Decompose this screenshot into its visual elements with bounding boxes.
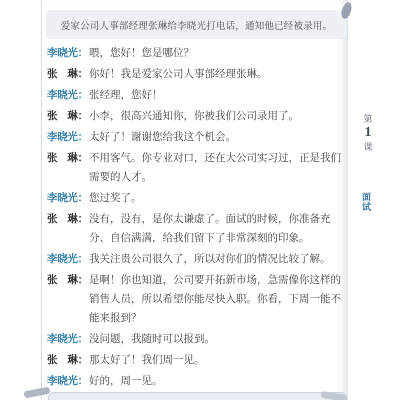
utterance-text: 我关注贵公司很久了，所以对你们的情况比较了解。 bbox=[89, 250, 344, 269]
speaker-name: 李晓光： bbox=[47, 128, 89, 147]
dialogue-line: 李晓光： 我关注贵公司很久了，所以对你们的情况比较了解。 bbox=[47, 250, 348, 269]
dialogue-line: 张 琳： 那太好了！我们周一见。 bbox=[47, 351, 348, 370]
dialogue-line: 张 琳： 小李，很高兴通知你，你被我们公司录用了。 bbox=[47, 107, 348, 126]
lesson-label: 第 1 课 bbox=[356, 112, 380, 153]
utterance-text: 那太好了！我们周一见。 bbox=[89, 351, 344, 370]
speaker-name: 李晓光： bbox=[47, 372, 89, 391]
utterance-text: 喂，您好！您是哪位？ bbox=[89, 44, 344, 63]
utterance-text: 张经理，您好！ bbox=[89, 86, 344, 105]
utterance-text: 不用客气。你专业对口，还在大公司实习过，正是我们需要的人才。 bbox=[89, 149, 344, 187]
speaker-name: 李晓光： bbox=[47, 250, 89, 269]
speaker-name: 张 琳： bbox=[47, 149, 89, 168]
utterance-text: 您过奖了。 bbox=[89, 189, 344, 208]
utterance-text: 太好了！谢谢您给我这个机会。 bbox=[89, 128, 344, 147]
utterance-text: 你好！我是爱家公司人事部经理张琳。 bbox=[89, 65, 344, 84]
dialogue-line: 张 琳： 你好！我是爱家公司人事部经理张琳。 bbox=[47, 65, 348, 84]
speaker-name: 李晓光： bbox=[47, 330, 89, 349]
textbook-page: 爱家公司人事部经理张琳给李晓光打电话，通知他已经被录用。 李晓光： 喂，您好！您… bbox=[0, 0, 400, 400]
speaker-name: 李晓光： bbox=[47, 86, 89, 105]
speaker-name: 李晓光： bbox=[47, 44, 89, 63]
dialogue-line: 李晓光： 好的，周一见。 bbox=[47, 372, 348, 391]
utterance-text: 小李，很高兴通知你，你被我们公司录用了。 bbox=[89, 107, 344, 126]
speaker-name: 张 琳： bbox=[47, 271, 89, 290]
dialogue-line: 张 琳： 没有，没有，是你太谦虚了。面试的时候，你准备充分、自信满满，给我们留下… bbox=[47, 210, 348, 248]
section-title: 面试 bbox=[360, 192, 373, 212]
lesson-prefix: 第 bbox=[363, 112, 372, 125]
dialogue-line: 李晓光： 没问题，我随时可以报到。 bbox=[47, 330, 348, 349]
lesson-suffix: 课 bbox=[363, 140, 372, 153]
dialogue-line: 张 琳： 是啊！你也知道，公司要开拓新市场，急需像你这样的销售人员，所以希望你能… bbox=[47, 271, 348, 328]
next-section-box bbox=[48, 392, 347, 400]
speaker-name: 张 琳： bbox=[47, 351, 89, 370]
speaker-name: 张 琳： bbox=[47, 210, 89, 229]
speaker-name: 张 琳： bbox=[47, 65, 89, 84]
utterance-text: 没有，没有，是你太谦虚了。面试的时候，你准备充分、自信满满，给我们留下了非常深刻… bbox=[89, 210, 344, 248]
page-number-badge: 7 bbox=[360, 164, 378, 176]
speaker-name: 李晓光： bbox=[47, 189, 89, 208]
intro-box: 爱家公司人事部经理张琳给李晓光打电话，通知他已经被录用。 bbox=[46, 10, 347, 39]
dialogue-line: 李晓光： 您过奖了。 bbox=[47, 189, 348, 208]
dialogue: 李晓光： 喂，您好！您是哪位？ 张 琳： 你好！我是爱家公司人事部经理张琳。 李… bbox=[41, 40, 348, 393]
speaker-name: 张 琳： bbox=[47, 107, 89, 126]
utterance-text: 没问题，我随时可以报到。 bbox=[89, 330, 344, 349]
lesson-number: 1 bbox=[365, 126, 372, 139]
utterance-text: 是啊！你也知道，公司要开拓新市场，急需像你这样的销售人员，所以希望你能尽快入职。… bbox=[89, 271, 344, 328]
dialogue-line: 李晓光： 太好了！谢谢您给我这个机会。 bbox=[47, 128, 348, 147]
intro-text: 爱家公司人事部经理张琳给李晓光打电话，通知他已经被录用。 bbox=[61, 18, 333, 32]
dialogue-line: 李晓光： 张经理，您好！ bbox=[47, 86, 348, 105]
utterance-text: 好的，周一见。 bbox=[89, 372, 344, 391]
dialogue-line: 张 琳： 不用客气。你专业对口，还在大公司实习过，正是我们需要的人才。 bbox=[47, 149, 348, 187]
sidebar bbox=[348, 0, 400, 400]
dialogue-line: 李晓光： 喂，您好！您是哪位？ bbox=[47, 44, 348, 63]
